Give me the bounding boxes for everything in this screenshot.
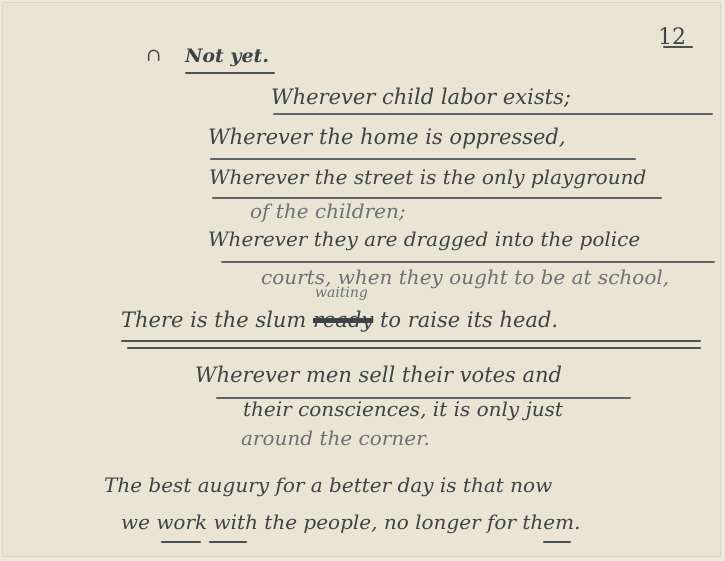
margin-mark: ∩ (146, 45, 161, 66)
inserted-word: waiting (315, 285, 368, 301)
line-1-underline (273, 113, 713, 115)
heading: Not yet. (185, 45, 269, 67)
struck-word: ready (313, 308, 373, 332)
heading-underline (185, 72, 275, 74)
with-underline (209, 541, 247, 543)
page-number-underline (663, 46, 693, 48)
line-11: The best augury for a better day is that… (104, 473, 552, 497)
line-8: Wherever men sell their votes and (195, 363, 562, 387)
line-7-end: to raise its head. (380, 308, 558, 332)
line-7-underline-1 (121, 340, 701, 342)
line-12: we work with the people, no longer for t… (121, 510, 580, 534)
manuscript-page: 12 ∩ Not yet. Wherever child labor exist… (3, 3, 720, 556)
for-underline (543, 541, 571, 543)
line-5-underline (221, 261, 715, 263)
work-underline (161, 541, 201, 543)
line-3: Wherever the street is the only playgrou… (209, 165, 646, 189)
line-5: Wherever they are dragged into the polic… (208, 227, 640, 251)
line-7-start: There is the slum (121, 308, 306, 332)
line-9: their consciences, it is only just (243, 397, 563, 421)
line-10: around the corner. (241, 426, 430, 450)
line-2: Wherever the home is oppressed, (208, 125, 566, 149)
line-2-underline (210, 158, 636, 160)
line-1: Wherever child labor exists; (271, 85, 571, 109)
line-7-underline-2 (127, 347, 701, 349)
line-4: of the children; (250, 199, 406, 223)
line-7: There is the slum ready to raise its hea… (121, 308, 558, 332)
